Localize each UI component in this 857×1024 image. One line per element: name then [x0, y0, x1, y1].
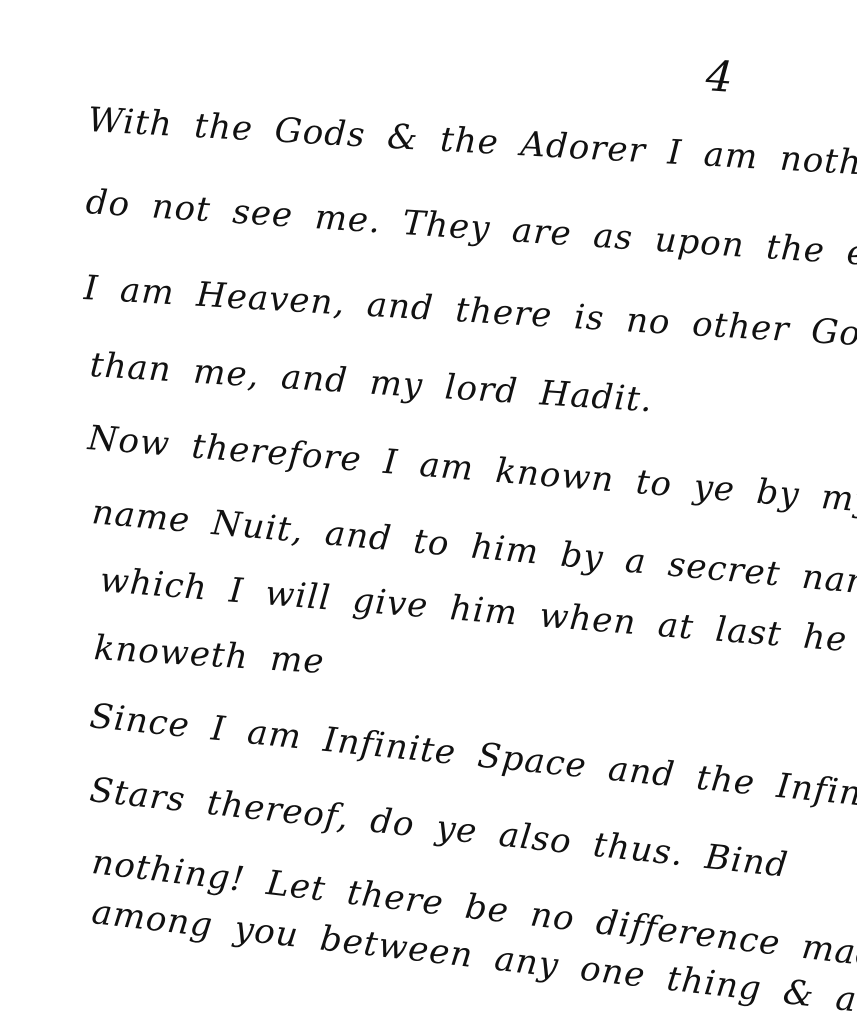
manuscript-line-4: than me, and my lord Hadit.	[89, 345, 654, 420]
manuscript-page: 4 With the Gods & the Adorer I am nothin…	[0, 0, 857, 1024]
manuscript-line-2: do not see me. They are as upon the eart…	[85, 182, 857, 280]
manuscript-line-8: knoweth me	[93, 628, 326, 682]
manuscript-line-3: I am Heaven, and there is no other God	[83, 268, 857, 355]
manuscript-line-1: With the Gods & the Adorer I am nothing:…	[87, 100, 857, 193]
page-number: 4	[704, 51, 734, 102]
